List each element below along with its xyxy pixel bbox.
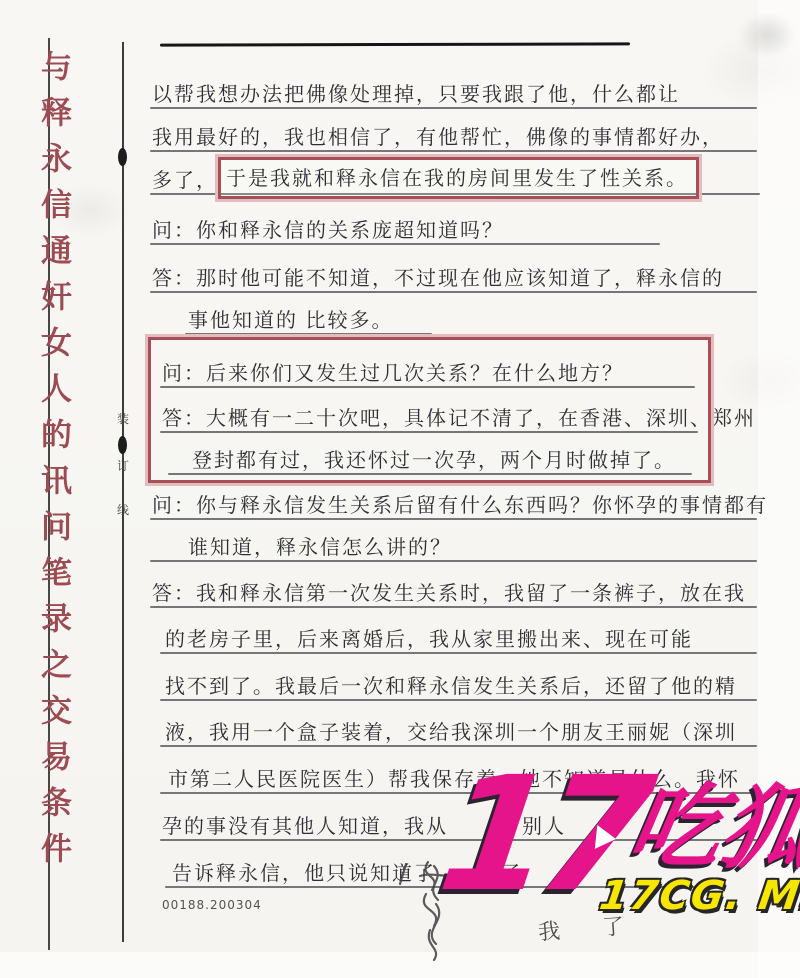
handwritten-text-segment: 找不到了。我最后一次和释永信发生关系后，还留了他的精 [165,670,737,699]
line-underline [150,606,757,608]
watermark-site-url: 17CG. ME [597,876,800,916]
binding-label-char: 装 [114,410,132,427]
line-underline [150,150,757,152]
line-underline [185,333,432,335]
handwritten-text-segment: 以帮我想办法把佛像处理掉，只要我跟了他，什么都让 [152,78,680,107]
handwritten-text-segment: 谁知道，释永信怎么讲的？ [188,531,452,560]
watermark-brand-characters: 吃狐 [622,782,800,874]
line-underline [150,107,757,109]
handwritten-text-segment: 多了， [152,164,218,193]
handwritten-text-segment: 问：你和释永信的关系庞超知道吗？ [152,214,504,243]
binding-label-char: 订 [114,457,132,474]
vertical-caption-title: 与释永信通奸女人的讯问笔录之交易条件 [36,50,76,940]
handwritten-text-segment: 我用最好的，我也相信了，有他帮忙，佛像的事情都好办， [152,121,724,150]
handwritten-text-segment: 事他知道的 比较多。 [188,304,394,333]
boxed-text-segment: 于是我就和释永信在我的房间里发生了性关系。 [218,157,699,199]
handwritten-text-segment: 液，我用一个盒子装着，交给我深圳一个朋友王丽妮（深圳 [165,716,737,745]
document-number: 00188.200304 [162,898,262,912]
line-underline [160,699,757,701]
binding-hole-mark [118,436,127,454]
handwritten-text-segment: 答：大概有一二十次吧，具体记不清了，在香港、深圳、郑州 [162,402,756,431]
paper-top-edge-line [160,42,630,46]
line-underline [150,243,660,245]
handwritten-text-segment: 登封都有过，我还怀过一次孕，两个月时做掉了。 [192,444,676,473]
handwritten-text-segment: 问：你与释永信发生关系后留有什么东西吗？你怀孕的事情都有 [152,489,768,518]
line-underline [160,652,757,654]
line-underline [150,560,757,562]
line-underline [150,518,757,520]
play-icon [595,825,617,851]
binding-label-char: 线 [114,501,132,518]
handwritten-text-segment: 答：那时他可能不知道，不过现在他应该知道了，释永信的 [152,262,724,291]
binding-hole-mark [118,148,127,166]
handwritten-text-segment: 孕的事没有其他人知道，我从 [162,810,448,839]
handwritten-text-segment: 告诉释永信，他只说知道了 [172,857,436,886]
line-underline [168,473,692,475]
handwritten-text-segment: 的老房子里，后来离婚后，我从家里搬出来、现在可能 [165,623,693,652]
scanned-document-page: 与释永信通奸女人的讯问笔录之交易条件 装订线 以帮我想办法把佛像处理掉，只要我跟… [0,0,800,978]
handwritten-text-segment: 问：后来你们又发生过几次关系？在什么地方？ [162,357,624,386]
binding-line [122,42,124,942]
line-underline [160,386,695,388]
scan-smudge [738,12,796,58]
handwritten-text-segment: 答：我和释永信第一次发生关系时，我留了一条裤子，放在我 [152,577,746,606]
line-underline [160,431,698,433]
line-underline [150,291,757,293]
